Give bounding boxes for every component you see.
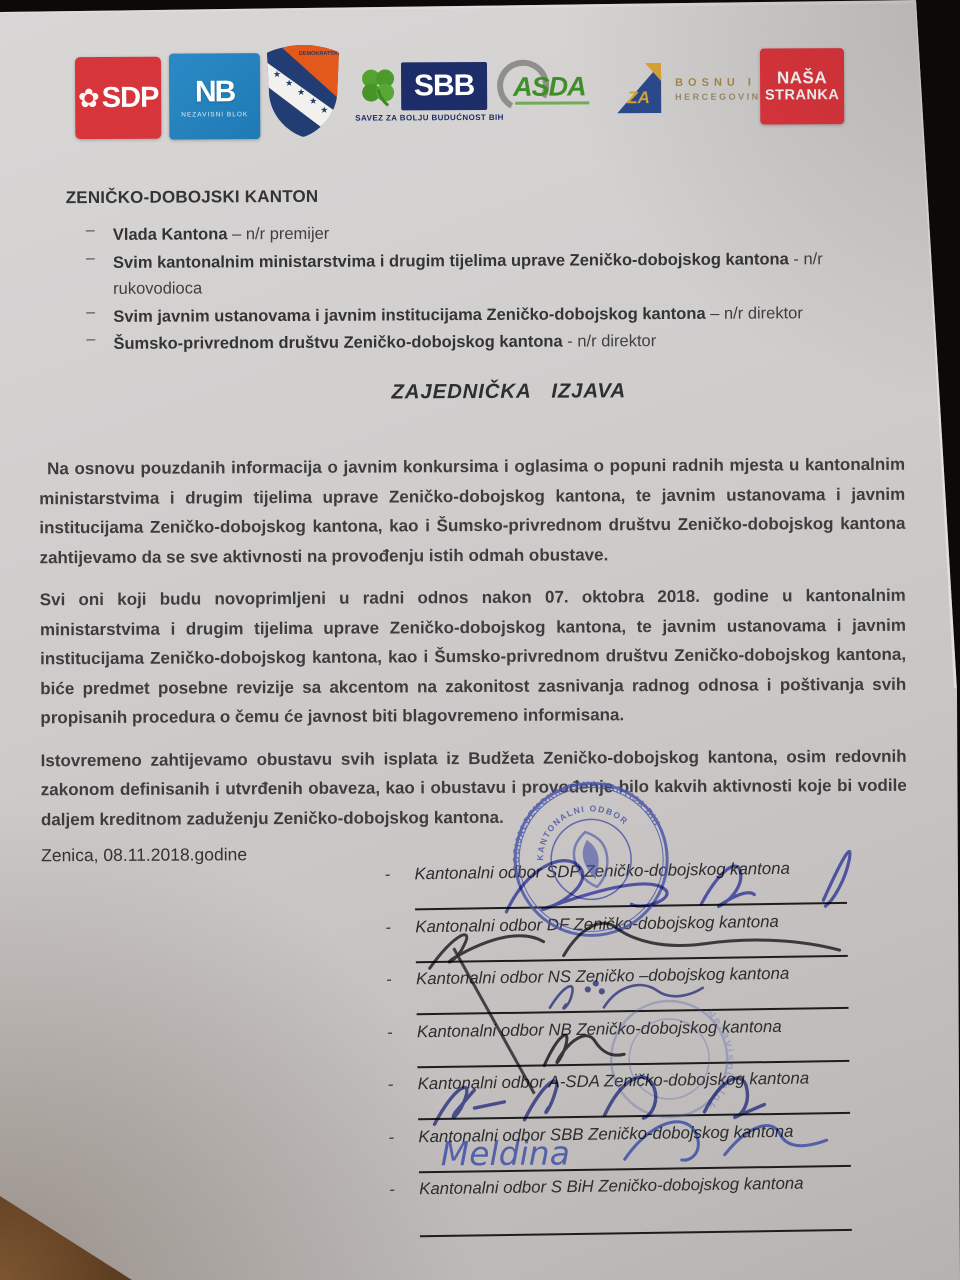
sdp-rose-icon: ✿ [78, 85, 100, 111]
logo-nasa-stranka: NAŠA STRANKA [760, 48, 844, 124]
signatory-label: Kantonalni odbor NS Zeničko –dobojskog k… [416, 964, 789, 990]
svg-text:★: ★ [297, 88, 305, 98]
sbb-logo-caption: SAVEZ ZA BOLJU BUDUĆNOST BIH [355, 113, 504, 123]
nasa-stranka-line2: STRANKA [765, 88, 839, 105]
document-title: ZAJEDNIČKA IZJAVA [0, 377, 959, 406]
sbb-logo-row: SBB [355, 62, 487, 111]
sdp-logo-text: SDP [102, 81, 159, 114]
place-date-line: Zenica, 08.11.2018.godine [41, 844, 247, 866]
paper-sheet: ✿ SDP NB NEZAVISNI BLOK ★★★ ★★ DEMOKRATS… [0, 0, 960, 1280]
svg-text:★: ★ [285, 79, 293, 89]
signature-dash: - [387, 1022, 417, 1042]
nb-logo-caption: NEZAVISNI BLOK [181, 111, 248, 118]
signatory-item: -Kantonalni odbor SBB Zeničko-dobojskog … [388, 1120, 859, 1179]
recipient-item: – Svim kantonalnim ministarstvima i drug… [86, 245, 876, 302]
logo-demokratska-fronta: ★★★ ★★ DEMOKRATSKA FRONTA [263, 43, 344, 139]
nb-logo-text: NB [195, 75, 235, 109]
signature-line [420, 1229, 852, 1237]
document-content: ✿ SDP NB NEZAVISNI BLOK ★★★ ★★ DEMOKRATS… [0, 0, 960, 1280]
svg-text:★: ★ [273, 70, 281, 80]
recipient-rest: – n/r premijer [227, 225, 329, 244]
za-logo-text: ZA [626, 88, 650, 107]
recipient-rest: – n/r direktor [706, 304, 803, 323]
paragraph-3: Istovremeno zahtijevamo obustavu svih is… [41, 741, 907, 834]
df-logo-caption: DEMOKRATSKA FRONTA [299, 51, 343, 57]
signature-dash: - [384, 864, 414, 884]
signature-line [416, 954, 848, 962]
df-shield-icon: ★★★ ★★ DEMOKRATSKA FRONTA [263, 43, 344, 139]
signature-line [419, 1164, 851, 1172]
body-paragraphs: Na osnovu pouzdanih informacija o javnim… [39, 450, 907, 848]
stamp-emblem [569, 829, 613, 891]
logo-nezavisni-blok: NB NEZAVISNI BLOK [169, 53, 260, 139]
recipient-item: – Svim javnim ustanovama i javnim instit… [86, 299, 876, 330]
paragraph-1: Na osnovu pouzdanih informacija o javnim… [39, 450, 906, 573]
bullet-dash: – [86, 331, 113, 358]
stamp-inner-text: KANTONALNI ODBOR [525, 795, 635, 863]
za-triangle-icon: ZA [615, 61, 665, 117]
kanton-title: ZENIČKO-DOBOJSKI KANTON [66, 187, 319, 208]
signature-dash: - [388, 1074, 418, 1094]
recipient-item: – Šumsko-privrednom društvu Zeničko-dobo… [86, 327, 876, 358]
sdp-round-stamp: SOCIJALDEMOKRATSKA PARTIJA BiH KANTONALN… [484, 752, 698, 966]
za-logo-captions: BOSNU I HERCEGOVINU [675, 76, 770, 101]
za-caption-line1: BOSNU I [675, 76, 770, 88]
svg-text:★: ★ [309, 97, 317, 107]
recipient-bold: Vlada Kantona [113, 225, 228, 244]
bullet-dash: – [86, 249, 113, 302]
svg-text:★: ★ [320, 106, 328, 116]
logo-asda: ASDA [497, 57, 605, 124]
recipient-bold: Svim javnim ustanovama i javnim instituc… [113, 304, 705, 325]
photo-of-document: { "document": { "kanton_title": "ZENIČKO… [0, 0, 960, 1280]
paragraph-2: Svi oni koji budu novoprimljeni u radni … [40, 581, 907, 733]
signatory-item: -Kantonalni odbor S BiH Zeničko-dobojsko… [389, 1173, 860, 1240]
recipient-rest: - n/r direktor [563, 332, 657, 350]
recipient-item: – Vlada Kantona – n/r premijer [86, 218, 876, 249]
logo-sdp: ✿ SDP [75, 57, 161, 139]
signatory-label: Kantonalni odbor SBB Zeničko-dobojskog k… [418, 1121, 793, 1147]
recipient-bold: Svim kantonalnim ministarstvima i drugim… [113, 250, 789, 272]
asda-logo-text: ASDA [512, 71, 586, 101]
asda-logo-graphic: ASDA [497, 57, 605, 124]
nasa-stranka-line1: NAŠA [777, 68, 827, 88]
sbb-logo-text: SBB [401, 62, 487, 110]
logo-sbb: SBB SAVEZ ZA BOLJU BUDUĆNOST BIH [355, 60, 491, 125]
signature-dash: - [385, 917, 415, 937]
recipient-bold: Šumsko-privrednom društvu Zeničko-dobojs… [113, 333, 562, 353]
recipient-list: – Vlada Kantona – n/r premijer – Svim ka… [86, 218, 877, 359]
bullet-dash: – [86, 222, 113, 249]
bullet-dash: – [86, 303, 113, 330]
sbb-clover-icon [355, 62, 401, 110]
signature-dash: - [389, 1179, 419, 1199]
za-caption-line2: HERCEGOVINU [675, 91, 770, 101]
svg-text:KANTONALNI ODBOR: KANTONALNI ODBOR [525, 795, 635, 863]
signature-dash: - [388, 1127, 418, 1147]
signatory-label: Kantonalni odbor S BiH Zeničko-dobojskog… [419, 1174, 804, 1200]
signature-dash: - [386, 969, 416, 989]
